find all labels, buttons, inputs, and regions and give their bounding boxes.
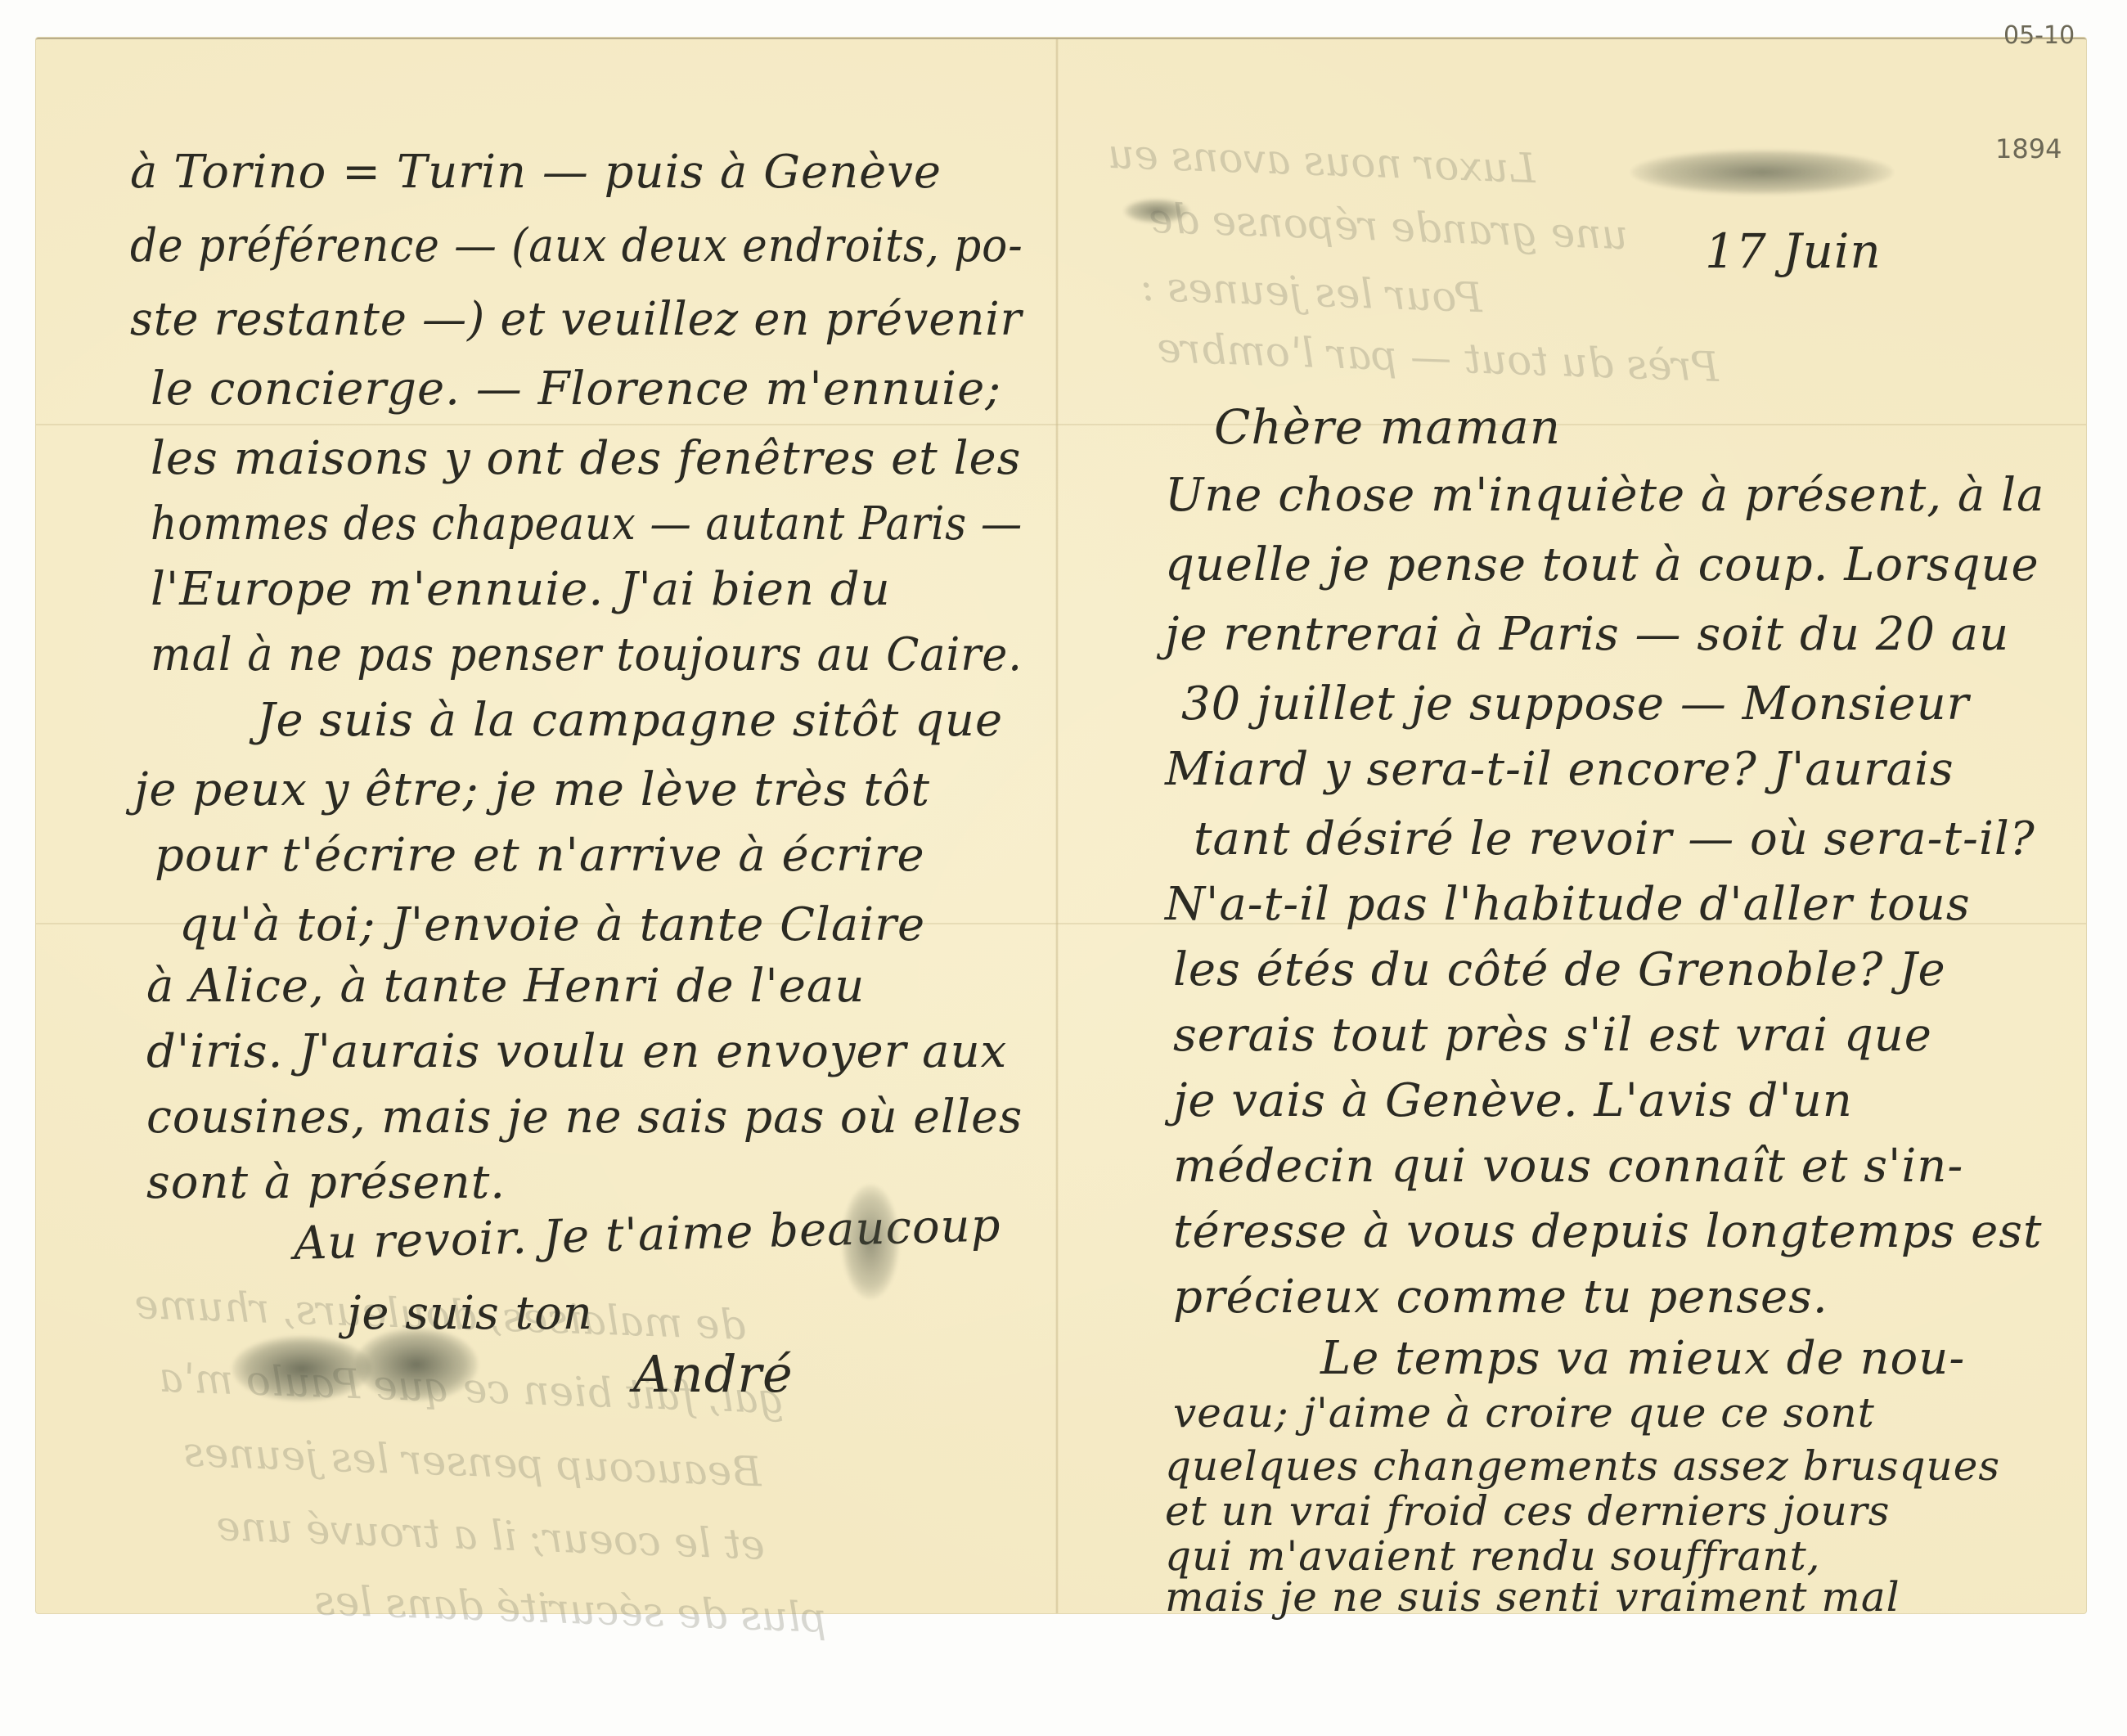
bleed-through-text: plus de sécurité dans les <box>313 1576 828 1642</box>
bleed-through-text: et le coeur; il a trouvé une <box>215 1502 766 1568</box>
letter-line: cousines, mais je ne sais pas où elles <box>146 1091 1023 1144</box>
letter-line: téresse à vous depuis longtemps est <box>1173 1205 2043 1258</box>
left-page: de malaises, douleurs, rhume gal, fait b… <box>36 39 1055 1613</box>
letter-line: et un vrai froid ces derniers jours <box>1165 1487 1890 1535</box>
letter-line: je peux y être; je me lève très tôt <box>134 763 930 816</box>
letter-line: pour t'écrire et n'arrive à écrire <box>155 829 925 882</box>
letter-line: médecin qui vous connaît et s'in- <box>1173 1140 1963 1193</box>
letter-line: mais je ne suis senti vraiment mal <box>1165 1573 1900 1621</box>
letter-line: sont à présent. <box>146 1156 506 1209</box>
letter-line: les étés du côté de Grenoble? Je <box>1173 943 1946 996</box>
letter-line: 30 juillet je suppose — Monsieur <box>1181 677 1969 731</box>
letter-line: veau; j'aime à croire que ce sont <box>1173 1389 1875 1437</box>
letter-line: qu'à toi; J'envoie à tante Claire <box>179 898 925 951</box>
letter-line: serais tout près s'il est vrai que <box>1173 1009 1932 1062</box>
letter-line: Je suis à la campagne sitôt que <box>257 694 1003 747</box>
letter-line: Miard y sera-t-il encore? J'aurais <box>1165 743 1954 796</box>
letter-line: tant désiré le revoir — où sera-t-il? <box>1194 812 2035 866</box>
bleed-through-text: une grande réponse de <box>1148 195 1629 259</box>
bleed-through-text: Luxor nous avons eu <box>1107 130 1536 192</box>
letter-line: Le temps va mieux de nou- <box>1320 1332 1965 1385</box>
bleed-through-text: Près du tout — par l'ombre <box>1156 324 1720 391</box>
letter-line: je suis ton <box>347 1287 593 1340</box>
ink-smudge <box>1631 150 1893 195</box>
letter-line: quelques changements assez brusques <box>1165 1442 2000 1490</box>
letter-line: hommes des chapeaux — autant Paris — <box>151 497 1023 551</box>
ink-blot <box>232 1336 371 1401</box>
letter-line: de préférence — (aux deux endroits, po- <box>130 219 1023 272</box>
letter-line: à Torino = Turin — puis à Genève <box>130 146 942 199</box>
letter-date: 17 Juin <box>1705 223 1882 279</box>
signature: André <box>633 1344 794 1404</box>
bleed-through-text: Beaucoup penser les jeunes <box>182 1428 762 1496</box>
letter-line: je vais à Genève. L'avis d'un <box>1173 1074 1853 1127</box>
letter-line: d'iris. J'aurais voulu en envoyer aux <box>146 1025 1007 1078</box>
letter-line: précieux comme tu penses. <box>1173 1271 1828 1324</box>
letter-sheet: de malaises, douleurs, rhume gal, fait b… <box>36 38 2086 1613</box>
letter-line: l'Europe m'ennuie. J'ai bien du <box>151 563 891 616</box>
archive-year: 1894 <box>1995 133 2062 164</box>
letter-line: quelle je pense tout à coup. Lorsque <box>1165 538 2039 591</box>
bleed-through-text: Pour les jeunes : <box>1140 263 1483 322</box>
ink-mark <box>1124 199 1189 223</box>
letter-line: je rentrerai à Paris — soit du 20 au <box>1165 608 2009 661</box>
letter-line: ste restante —) et veuillez en prévenir <box>130 293 1022 346</box>
letter-line: le concierge. — Florence m'ennuie; <box>151 362 1001 416</box>
letter-line: les maisons y ont des fenêtres et les <box>151 432 1021 485</box>
right-page: 05-10 1894 Luxor nous avons eu une grand… <box>1059 39 2086 1613</box>
letter-line: mal à ne pas penser toujours au Caire. <box>151 628 1023 681</box>
ink-stain <box>842 1185 899 1299</box>
letter-line: à Alice, à tante Henri de l'eau <box>146 960 865 1013</box>
letter-line: Une chose m'inquiète à présent, à la <box>1165 469 2044 522</box>
ink-blot <box>355 1328 478 1401</box>
salutation: Chère maman <box>1214 399 1561 455</box>
archive-reference: 05-10 <box>2003 21 2075 50</box>
letter-line: N'a-t-il pas l'habitude d'aller tous <box>1165 878 1971 931</box>
